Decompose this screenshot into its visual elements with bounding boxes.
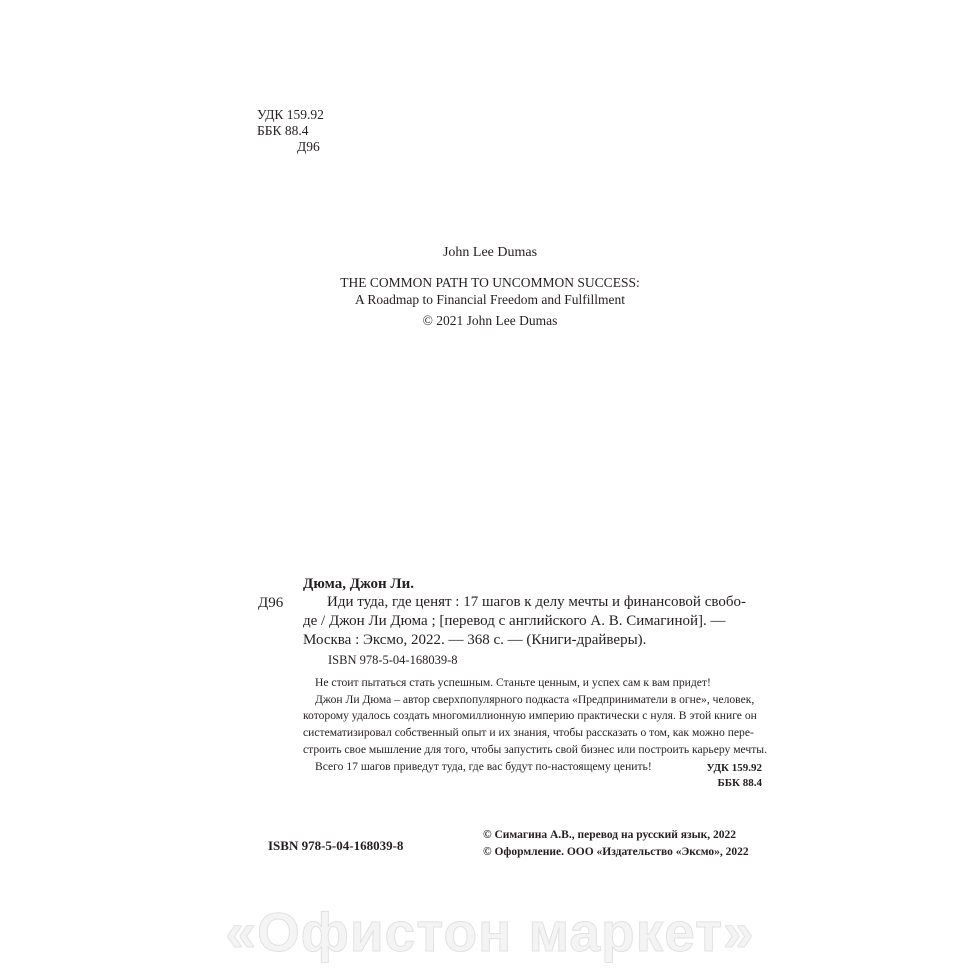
bottom-copyrights: © Симагина А.В., перевод на русский язык… [483, 827, 749, 860]
watermark: «Офистон маркет» [0, 902, 980, 962]
copyright-design: © Оформление. ООО «Издательство «Эксмо»,… [483, 844, 749, 861]
original-title-line-1: THE COMMON PATH TO UNCOMMON SUCCESS: [240, 274, 740, 291]
catalog-author-mark: Д96 [258, 595, 283, 612]
annotation-codes: УДК 159.92 ББК 88.4 [680, 761, 762, 791]
catalog-isbn: ISBN 978-5-04-168039-8 [328, 653, 458, 668]
annotation-line: которому удалось создать многомиллионную… [303, 708, 765, 725]
classification-block: УДК 159.92 ББК 88.4 Д96 [257, 107, 324, 155]
annotation-line: строить свое мышление для того, чтобы за… [303, 742, 765, 759]
description-line: Москва : Эксмо, 2022. — 368 с. — (Книги-… [303, 631, 769, 650]
bottom-isbn: ISBN 978-5-04-168039-8 [268, 838, 403, 854]
annotation-udk: УДК 159.92 [680, 761, 762, 776]
bbk-code: ББК 88.4 [257, 123, 324, 139]
copyright-translation: © Симагина А.В., перевод на русский язык… [483, 827, 749, 844]
catalog-description: Иди туда, где ценят : 17 шагов к делу ме… [303, 593, 769, 651]
description-line: Иди туда, где ценят : 17 шагов к делу ме… [303, 593, 769, 612]
annotation-line: Не стоит пытаться стать успешным. Станьт… [303, 675, 765, 692]
author-mark: Д96 [257, 139, 324, 155]
annotation-bbk: ББК 88.4 [680, 776, 762, 791]
description-line: де / Джон Ли Дюма ; [перевод с английско… [303, 612, 769, 631]
udk-code: УДК 159.92 [257, 107, 324, 123]
original-title-line-2: A Roadmap to Financial Freedom and Fulfi… [240, 291, 740, 308]
original-title: THE COMMON PATH TO UNCOMMON SUCCESS: A R… [240, 274, 740, 308]
annotation-line: систематизировал собственный опыт и их з… [303, 725, 765, 742]
original-author: John Lee Dumas [240, 245, 740, 261]
catalog-author-heading: Дюма, Джон Ли. [303, 576, 414, 593]
original-copyright: © 2021 John Lee Dumas [240, 313, 740, 329]
annotation-line: Джон Ли Дюма – автор сверхпопулярного по… [303, 692, 765, 709]
